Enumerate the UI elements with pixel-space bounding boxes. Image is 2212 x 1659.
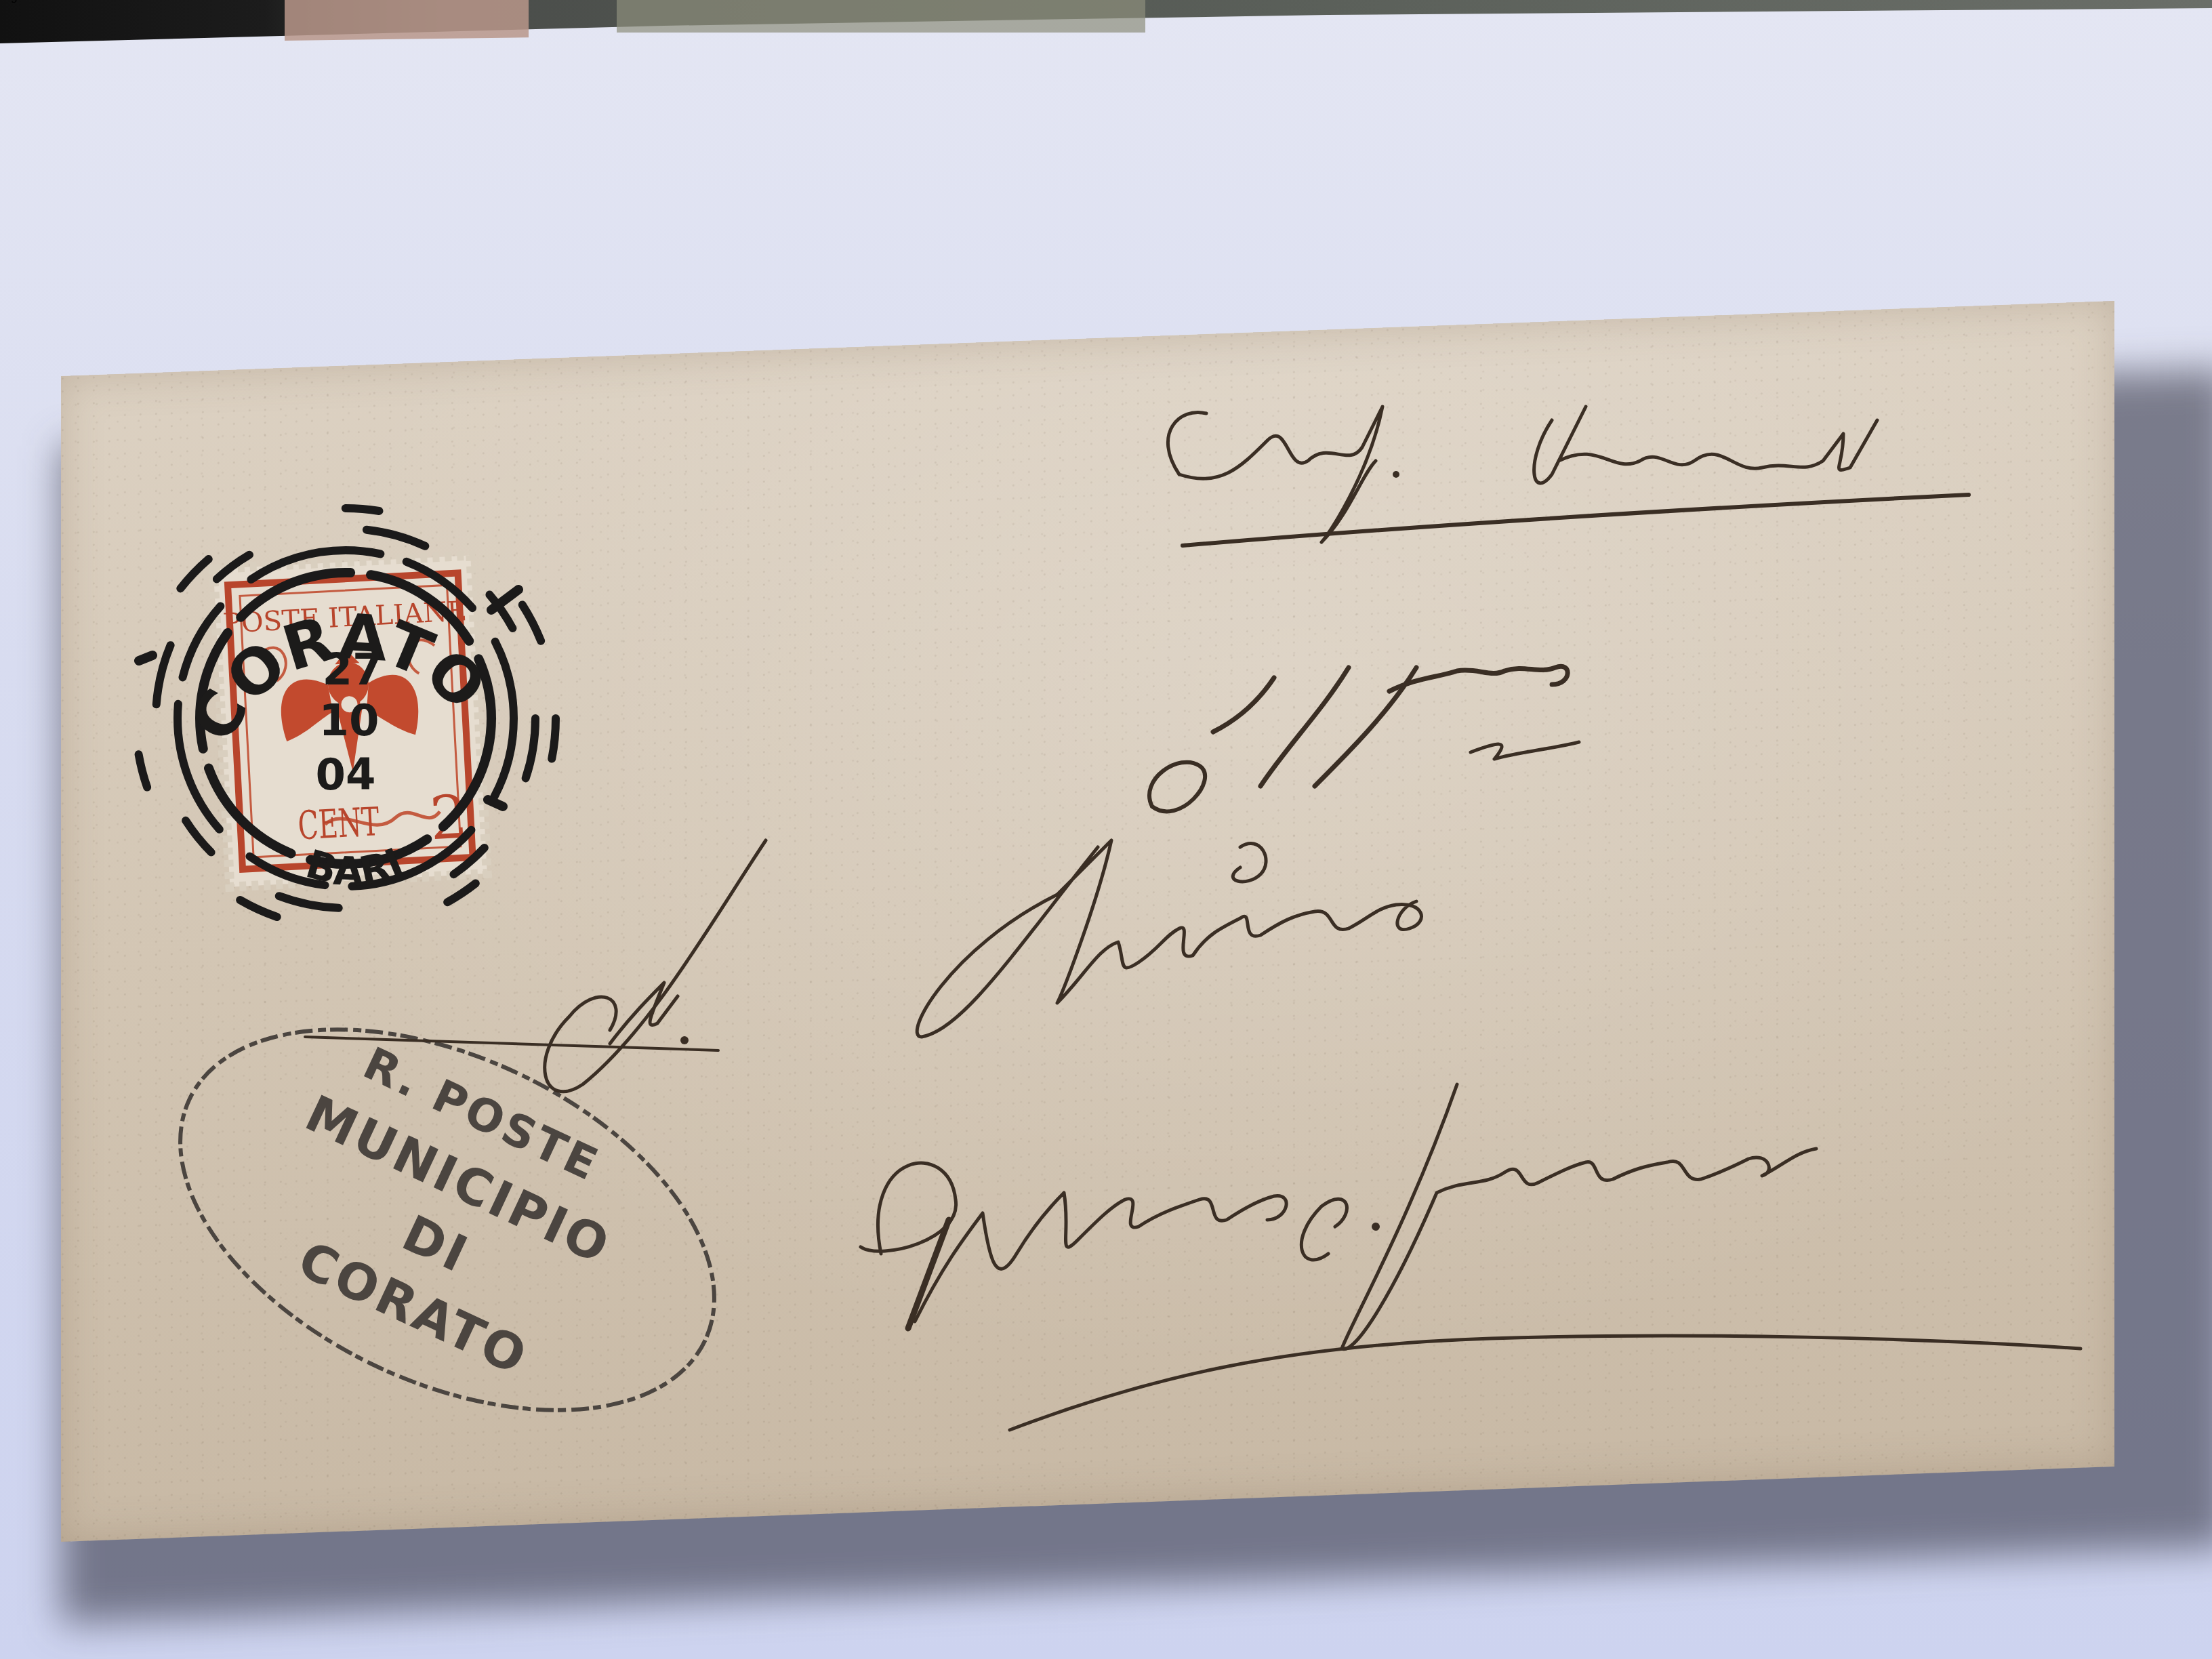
- handwritten-recipient: Sig. Sindaco: [0, 0, 1421, 1092]
- postmark-cancellation: CORATO BARI 27 10 04: [136, 508, 556, 928]
- municipio-oval-handstamp: R. POSTE MUNICIPIO DI CORATO: [121, 952, 774, 1488]
- handwritten-header: Certif. Elettorali: [0, 0, 1969, 546]
- stamp-denomination-label: CENT: [297, 798, 381, 848]
- destination-text: Palazzo S. Gervasio: [0, 0, 107, 3]
- postmark-year: 04: [315, 750, 375, 800]
- postmark-month: 10: [319, 696, 379, 746]
- envelope-markings: POSTE ITALIANE CENT 2 CORATO BARI: [0, 0, 2212, 1659]
- postmark-day: 27: [322, 645, 382, 695]
